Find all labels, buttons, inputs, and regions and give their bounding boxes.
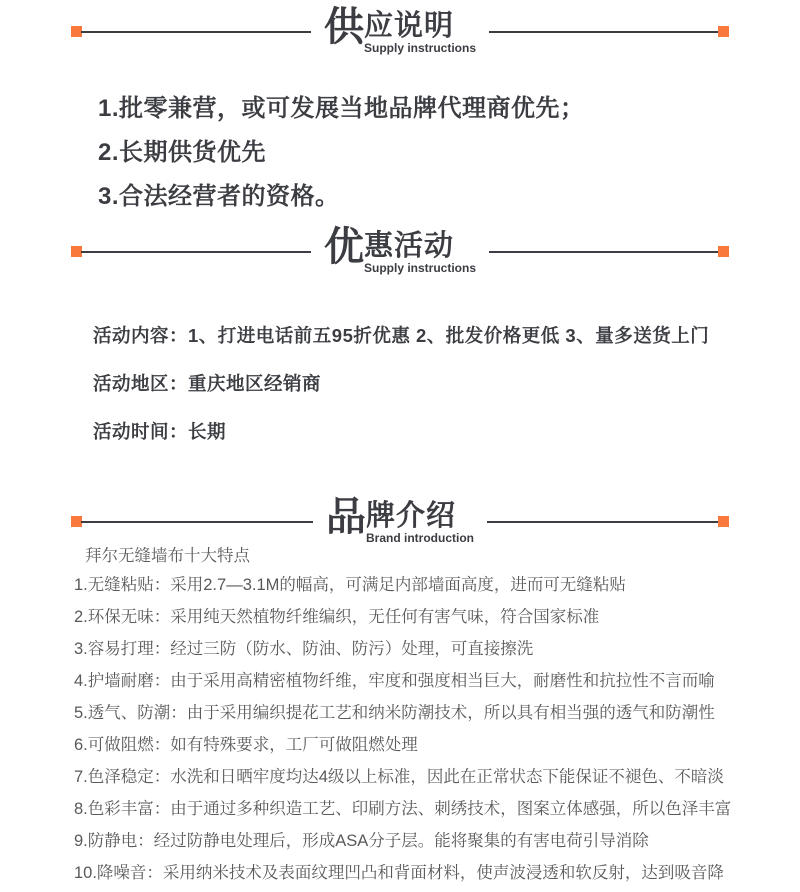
feature-item: 7.色泽稳定：水洗和日晒牢度均达4级以上标准，因此在正常状态下能保证不褪色、不暗…	[74, 763, 724, 787]
feature-item: 2.环保无味：采用纯天然植物纤维编织，无任何有害气味，符合国家标准	[74, 603, 599, 627]
section-title-rest: 应说明	[364, 11, 476, 41]
feature-item: 5.透气、防潮：由于采用编织提花工艺和纳米防潮技术，所以具有相当强的透气和防潮性	[74, 699, 715, 723]
promo-item: 活动内容：1、打进电话前五95折优惠 2、批发价格更低 3、量多送货上门	[93, 322, 709, 348]
feature-item: 3.容易打理：经过三防（防水、防油、防污）处理，可直接擦洗	[74, 635, 533, 659]
section-subtitle-en: Brand introduction	[366, 532, 474, 545]
section-subtitle-en: Supply instructions	[364, 42, 476, 55]
section-title-supply: 供 应说明 Supply instructions	[311, 4, 489, 55]
feature-item: 1.无缝粘贴：采用2.7—3.1M的幅高，可满足内部墙面高度，进而可无缝粘贴	[74, 571, 626, 595]
feature-item: 4.护墙耐磨：由于采用高精密植物纤维，牢度和强度相当巨大，耐磨性和抗拉性不言而喻	[74, 667, 715, 691]
brand-intro-heading: 拜尔无缝墙布十大特点	[85, 542, 250, 566]
section-header-promo: 优 惠活动 Supply instructions	[0, 220, 800, 280]
section-header-brand: 品 牌介绍 Brand introduction	[0, 490, 800, 550]
supply-item: 1.批零兼营，或可发展当地品牌代理商优先；	[98, 88, 585, 123]
accent-square-icon	[718, 516, 729, 527]
section-title-promo: 优 惠活动 Supply instructions	[311, 224, 489, 275]
feature-item: 10.降噪音：采用纳米技术及表面纹理凹凸和背面材料，使声波浸透和软反射，达到吸音…	[74, 859, 724, 883]
section-title-rest: 惠活动	[364, 231, 476, 261]
promo-item: 活动时间：长期	[93, 418, 226, 444]
promo-item: 活动地区：重庆地区经销商	[93, 370, 321, 396]
supply-item: 3.合法经营者的资格。	[98, 176, 340, 211]
feature-item: 9.防静电：经过防静电处理后，形成ASA分子层。能将聚集的有害电荷引导消除	[74, 827, 649, 851]
accent-square-icon	[718, 246, 729, 257]
section-title-big-char: 品	[326, 494, 366, 540]
feature-item: 8.色彩丰富：由于通过多种织造工艺、印刷方法、刺绣技术，图案立体感强，所以色泽丰…	[74, 795, 731, 819]
section-title-brand: 品 牌介绍 Brand introduction	[313, 494, 487, 545]
section-subtitle-en: Supply instructions	[364, 262, 476, 275]
supply-item: 2.长期供货优先	[98, 132, 266, 167]
section-title-big-char: 优	[324, 224, 364, 270]
section-title-big-char: 供	[324, 4, 364, 50]
accent-square-icon	[718, 26, 729, 37]
section-header-supply: 供 应说明 Supply instructions	[0, 0, 800, 60]
section-title-rest: 牌介绍	[366, 501, 474, 531]
feature-item: 6.可做阻燃：如有特殊要求，工厂可做阻燃处理	[74, 731, 418, 755]
